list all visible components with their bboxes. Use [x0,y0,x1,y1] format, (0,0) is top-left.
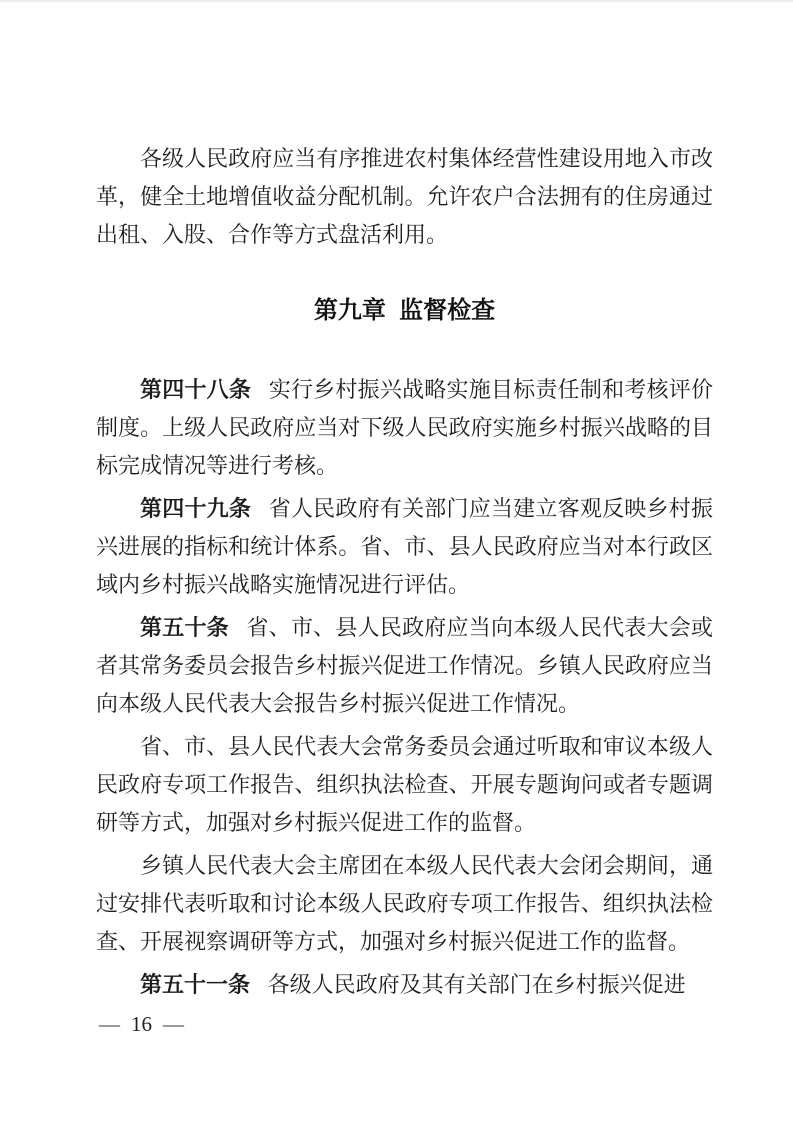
chapter-heading: 第九章监督检查 [96,291,713,330]
article-number: 第五十一条 [140,972,250,997]
article-paragraph: 第四十九条省人民政府有关部门应当建立客观反映乡村振兴进展的指标和统计体系。省、市… [96,490,713,604]
article-number: 第五十条 [140,615,229,640]
article-paragraph: 第五十条省、市、县人民政府应当向本级人民代表大会或者其常务委员会报告乡村振兴促进… [96,609,713,723]
paragraph-text: 各级人民政府应当有序推进农村集体经营性建设用地入市改革，健全土地增值收益分配机制… [96,146,713,247]
article-paragraph: 省、市、县人民代表大会常务委员会通过听取和审议本级人民政府专项工作报告、组织执法… [96,728,713,842]
article-text: 各级人民政府及其有关部门在乡村振兴促进 [268,972,686,997]
document-body: 各级人民政府应当有序推进农村集体经营性建设用地入市改革，健全土地增值收益分配机制… [96,140,713,1009]
article-paragraph: 第五十一条各级人民政府及其有关部门在乡村振兴促进 [96,966,713,1004]
page-number: 16 [131,1012,152,1036]
article-paragraph: 乡镇人民代表大会主席团在本级人民代表大会闭会期间，通过安排代表听取和讨论本级人民… [96,847,713,961]
article-paragraph: 第四十八条实行乡村振兴战略实施目标责任制和考核评价制度。上级人民政府应当对下级人… [96,371,713,485]
intro-paragraph: 各级人民政府应当有序推进农村集体经营性建设用地入市改革，健全土地增值收益分配机制… [96,140,713,254]
footer-dash-right: — [163,1012,184,1036]
page-footer: —16— [99,1008,184,1040]
chapter-label: 第九章 [314,297,386,324]
article-number: 第四十九条 [140,496,251,521]
article-text: 乡镇人民代表大会主席团在本级人民代表大会闭会期间，通过安排代表听取和讨论本级人民… [96,853,713,954]
footer-dash-left: — [99,1012,120,1036]
article-text: 省、市、县人民代表大会常务委员会通过听取和审议本级人民政府专项工作报告、组织执法… [96,734,713,835]
article-number: 第四十八条 [140,377,251,402]
chapter-title: 监督检查 [399,297,495,324]
document-page: 各级人民政府应当有序推进农村集体经营性建设用地入市改革，健全土地增值收益分配机制… [0,0,793,1122]
